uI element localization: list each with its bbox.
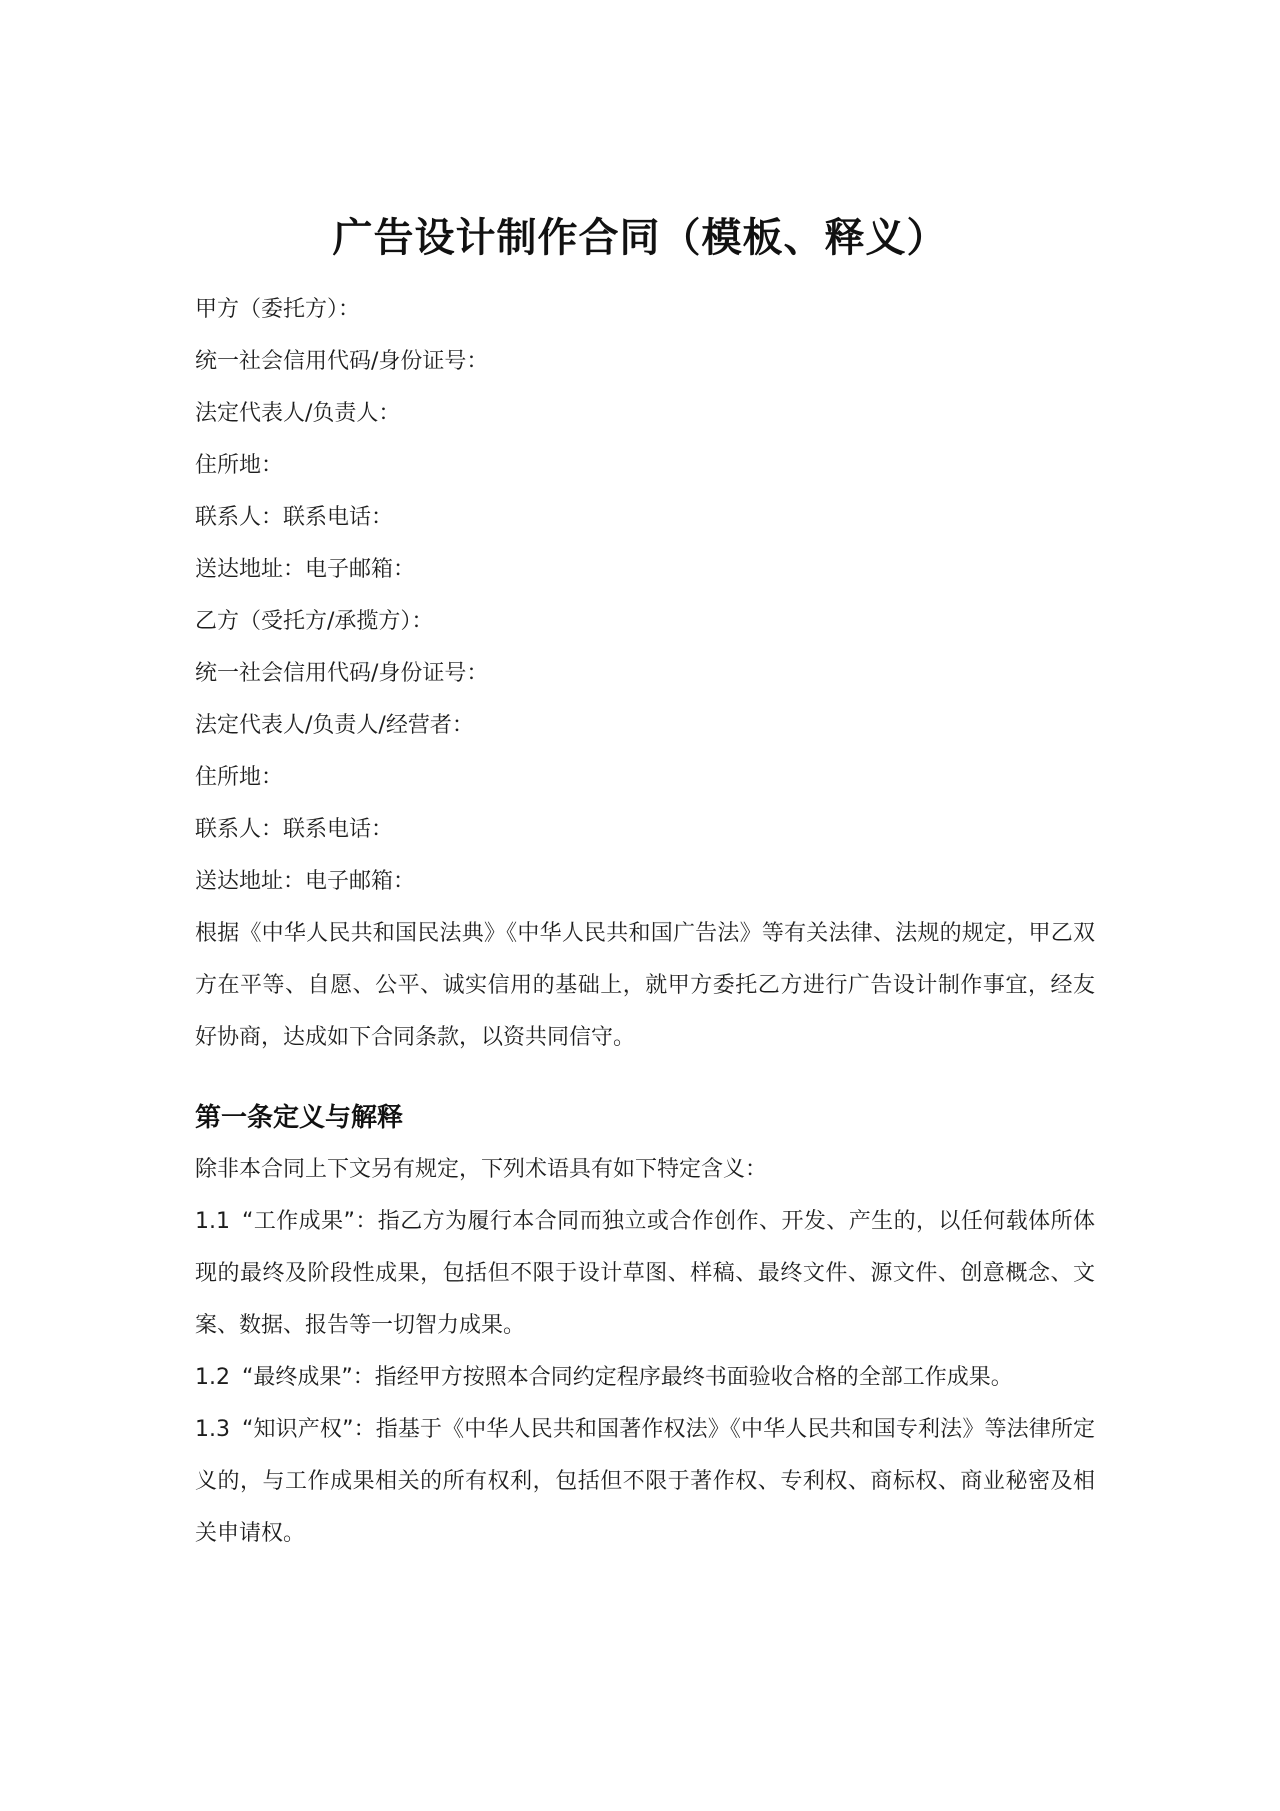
document-page: 广告设计制作合同（模板、释义） 甲方（委托方）： 统一社会信用代码/身份证号： …: [0, 0, 1280, 1811]
definition-item: 1.3“知识产权”：指基于《中华人民共和国著作权法》《中华人民共和国专利法》等法…: [195, 1404, 1095, 1560]
party-b-block: 乙方（受托方/承揽方）： 统一社会信用代码/身份证号： 法定代表人/负责人/经营…: [195, 596, 1095, 908]
section-intro: 除非本合同上下文另有规定，下列术语具有如下特定含义：: [195, 1144, 1095, 1196]
party-a-credit-code: 统一社会信用代码/身份证号：: [195, 336, 1095, 388]
party-b-label: 乙方（受托方/承揽方）：: [195, 596, 1095, 648]
definition-number: 1.3: [195, 1404, 230, 1456]
definition-text: “最终成果”：指经甲方按照本合同约定程序最终书面验收合格的全部工作成果。: [242, 1365, 1013, 1390]
party-b-representative: 法定代表人/负责人/经营者：: [195, 700, 1095, 752]
party-a-block: 甲方（委托方）： 统一社会信用代码/身份证号： 法定代表人/负责人： 住所地： …: [195, 284, 1095, 596]
definition-number: 1.2: [195, 1352, 230, 1404]
section-1: 第一条定义与解释 除非本合同上下文另有规定，下列术语具有如下特定含义： 1.1“…: [195, 1092, 1095, 1560]
document-body: 甲方（委托方）： 统一社会信用代码/身份证号： 法定代表人/负责人： 住所地： …: [195, 284, 1095, 1560]
party-a-representative: 法定代表人/负责人：: [195, 388, 1095, 440]
party-a-address: 住所地：: [195, 440, 1095, 492]
party-b-contact: 联系人：联系电话：: [195, 804, 1095, 856]
party-a-contact: 联系人：联系电话：: [195, 492, 1095, 544]
section-heading: 第一条定义与解释: [195, 1092, 1095, 1144]
definition-item: 1.2“最终成果”：指经甲方按照本合同约定程序最终书面验收合格的全部工作成果。: [195, 1352, 1095, 1404]
party-a-delivery: 送达地址：电子邮箱：: [195, 544, 1095, 596]
party-b-credit-code: 统一社会信用代码/身份证号：: [195, 648, 1095, 700]
definition-number: 1.1: [195, 1196, 230, 1248]
party-b-delivery: 送达地址：电子邮箱：: [195, 856, 1095, 908]
preamble-paragraph: 根据《中华人民共和国民法典》《中华人民共和国广告法》等有关法律、法规的规定，甲乙…: [195, 908, 1095, 1064]
definition-text: “知识产权”：指基于《中华人民共和国著作权法》《中华人民共和国专利法》等法律所定…: [195, 1417, 1095, 1546]
definition-item: 1.1“工作成果”：指乙方为履行本合同而独立或合作创作、开发、产生的，以任何载体…: [195, 1196, 1095, 1352]
document-title: 广告设计制作合同（模板、释义）: [0, 208, 1280, 268]
definition-text: “工作成果”：指乙方为履行本合同而独立或合作创作、开发、产生的，以任何载体所体现…: [195, 1209, 1095, 1338]
party-a-label: 甲方（委托方）：: [195, 284, 1095, 336]
party-b-address: 住所地：: [195, 752, 1095, 804]
